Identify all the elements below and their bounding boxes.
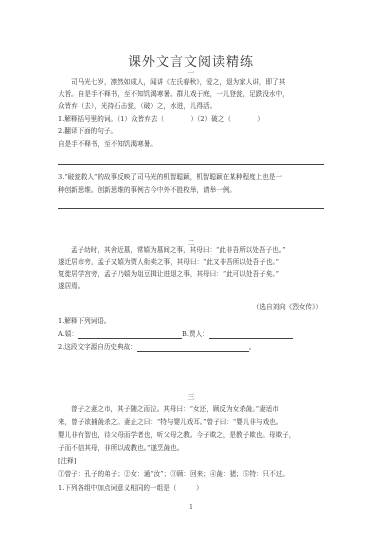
answer-blank-a[interactable] [78,331,182,339]
passage-line: 婴儿非有智也，待父母而学者也，听父母之教。今子欺之，是教子欺也。母欺子， [58,431,295,440]
passage-line: 子而不信其母，非所以成教也。”遂烹彘也。 [58,444,183,453]
question-line: 1.解释下列词语。 [58,317,110,326]
question-line: 2.这段文字源自历史典故：。 [58,343,255,352]
q1a-label: A.嬉： [58,330,78,338]
q2-end: 。 [249,343,256,351]
question-line: 3.“破瓮救人”的故事反映了司马光的机智聪颖，机智聪颖在某种程度上也是一 [58,173,282,182]
answer-blank-b[interactable] [209,331,293,339]
passage-line: 遂居焉。 [58,282,84,291]
notes-label: [注释] [58,457,76,466]
page-number: 1 [0,504,382,511]
document-page: 课外文言文阅读精练 一 司马光七岁，凛然如成人，闻讲《左氏春秋》，爱之，退为家人… [0,0,382,540]
passage-line: 复徙居学宫旁，孟子乃嬉为俎豆揖让进退之事，其母曰：“此可以处吾子矣。” [58,270,279,279]
passage-line: 众皆弃（去），光持石击瓮，（破）之，水迸，儿得活。 [58,102,216,111]
section-number-1: 一 [0,68,382,78]
answer-line[interactable] [58,208,324,209]
passage-line: 来，曾子欲捕彘杀之。妻止之曰：“特与婴儿戏耳。”曾子曰：“婴儿非与戏也。 [58,418,282,427]
passage-line: 大旨。自是手不释书，至不知饥渴寒暑。群儿戏于庭，一儿登瓮，足跌没水中， [58,90,289,99]
question-line: 1.解释括号里的词。（1）众皆弃去（ ）（2）破之（ ） [58,115,264,124]
notes-text: ①曾子：孔子的弟子；②女：通“汝”；③顾：回来；④彘：猪；⑤特：只不过。 [58,470,289,479]
question-line: 1.下列各组中加点词意义相同的一组是（ ） [58,484,203,493]
answer-line[interactable] [58,164,324,165]
passage-line: 曾子之妻之市，其子随之而泣。其母曰：“女还，顾反为女杀彘。”妻适市 [71,405,279,414]
source-citation: （选自刘向《烈女传》） [253,303,322,312]
passage-line: 遂迁居市旁，孟子又嬉为贾人衔卖之事，其母曰：“此又非吾所以处吾子也。” [58,258,279,267]
question-line: 2.翻译下面的句子。 [58,127,117,136]
question-line: 自是手不释书，至不知饥渴寒暑。 [58,140,157,149]
question-line: A.嬉：B.贾人： [58,330,293,339]
question-line: 种创新思维。创新思维的事例古今中外不胜枚举，请举一例。 [58,186,236,195]
q2-label: 2.这段文字源自历史典故： [58,343,137,351]
passage-line: 孟子幼时，其舍近墓，常嬉为墓间之事，其母曰：“此非吾所以处吾子也。” [71,246,285,255]
section-number-3: 三 [0,392,382,402]
answer-blank-c[interactable] [137,344,249,352]
passage-line: 司马光七岁，凛然如成人，闻讲《左氏春秋》，爱之，退为家人讲，即了其 [71,78,285,87]
q1b-label: B.贾人： [182,330,209,338]
